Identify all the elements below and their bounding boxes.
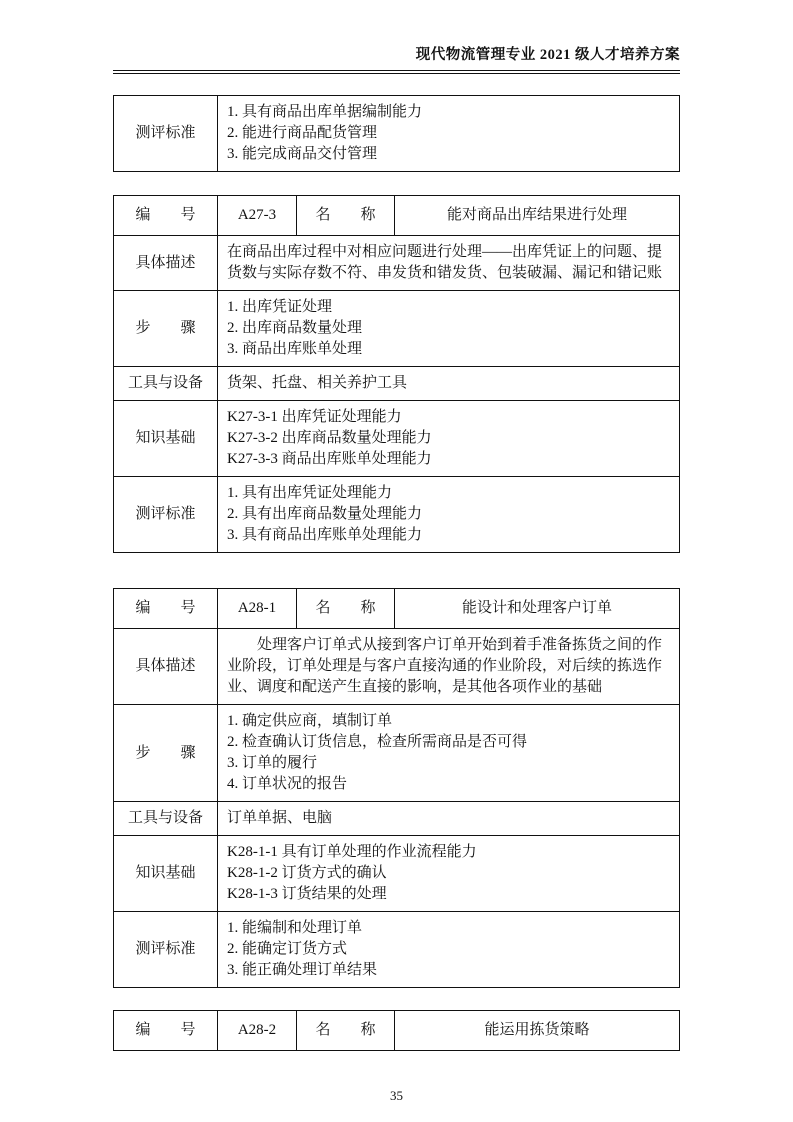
- row-content: 货架、托盘、相关养护工具: [218, 367, 680, 401]
- row-label: 测评标准: [114, 96, 218, 172]
- code-label: 编 号: [114, 1011, 218, 1051]
- unit-id-row: 编 号 A27-3 名 称 能对商品出库结果进行处理: [114, 196, 680, 236]
- table-row: 具体描述 处理客户订单式从接到客户订单开始到着手准备拣货之间的作业阶段，订单处理…: [114, 629, 680, 705]
- name-label: 名 称: [297, 196, 395, 236]
- table-unit-a28-1: 编 号 A28-1 名 称 能设计和处理客户订单 具体描述 处理客户订单式从接到…: [113, 588, 680, 988]
- table-row: 知识基础 K28-1-1 具有订单处理的作业流程能力 K28-1-2 订货方式的…: [114, 836, 680, 912]
- unit-name: 能对商品出库结果进行处理: [395, 196, 680, 236]
- code-label: 编 号: [114, 196, 218, 236]
- row-label: 测评标准: [114, 477, 218, 553]
- row-label: 具体描述: [114, 236, 218, 291]
- name-label: 名 称: [297, 589, 395, 629]
- table-row: 具体描述 在商品出库过程中对相应问题进行处理——出库凭证上的问题、提货数与实际存…: [114, 236, 680, 291]
- row-content: 订单单据、电脑: [218, 802, 680, 836]
- row-content: 处理客户订单式从接到客户订单开始到着手准备拣货之间的作业阶段，订单处理是与客户直…: [218, 629, 680, 705]
- header-title: 现代物流管理专业 2021 级人才培养方案: [113, 45, 680, 70]
- header-double-rule: [113, 70, 680, 74]
- document-page: 现代物流管理专业 2021 级人才培养方案 测评标准 1. 具有商品出库单据编制…: [0, 0, 793, 1122]
- unit-name: 能设计和处理客户订单: [395, 589, 680, 629]
- table-row: 工具与设备 货架、托盘、相关养护工具: [114, 367, 680, 401]
- table-row: 工具与设备 订单单据、电脑: [114, 802, 680, 836]
- table-row: 知识基础 K27-3-1 出库凭证处理能力 K27-3-2 出库商品数量处理能力…: [114, 401, 680, 477]
- name-label: 名 称: [297, 1011, 395, 1051]
- code-label: 编 号: [114, 589, 218, 629]
- unit-id-row: 编 号 A28-2 名 称 能运用拣货策略: [114, 1011, 680, 1051]
- page-number: 35: [113, 1087, 680, 1105]
- row-content: 1. 确定供应商，填制订单 2. 检查确认订货信息，检查所需商品是否可得 3. …: [218, 705, 680, 802]
- table-row: 测评标准 1. 具有出库凭证处理能力 2. 具有出库商品数量处理能力 3. 具有…: [114, 477, 680, 553]
- row-label: 步 骤: [114, 705, 218, 802]
- row-content: 在商品出库过程中对相应问题进行处理——出库凭证上的问题、提货数与实际存数不符、串…: [218, 236, 680, 291]
- table-row: 测评标准 1. 能编制和处理订单 2. 能确定订货方式 3. 能正确处理订单结果: [114, 912, 680, 988]
- row-label: 步 骤: [114, 291, 218, 367]
- row-content: K28-1-1 具有订单处理的作业流程能力 K28-1-2 订货方式的确认 K2…: [218, 836, 680, 912]
- row-label: 知识基础: [114, 836, 218, 912]
- row-content: 1. 具有出库凭证处理能力 2. 具有出库商品数量处理能力 3. 具有商品出库账…: [218, 477, 680, 553]
- unit-name: 能运用拣货策略: [395, 1011, 680, 1051]
- page-header: 现代物流管理专业 2021 级人才培养方案: [113, 45, 680, 74]
- table-unit-a28-2: 编 号 A28-2 名 称 能运用拣货策略: [113, 1010, 680, 1051]
- unit-id-row: 编 号 A28-1 名 称 能设计和处理客户订单: [114, 589, 680, 629]
- table-unit-a27-3: 编 号 A27-3 名 称 能对商品出库结果进行处理 具体描述 在商品出库过程中…: [113, 195, 680, 553]
- unit-code: A28-1: [218, 589, 297, 629]
- table-row: 步 骤 1. 确定供应商，填制订单 2. 检查确认订货信息，检查所需商品是否可得…: [114, 705, 680, 802]
- row-content: 1. 具有商品出库单据编制能力 2. 能进行商品配货管理 3. 能完成商品交付管…: [218, 96, 680, 172]
- row-label: 具体描述: [114, 629, 218, 705]
- table-row: 测评标准 1. 具有商品出库单据编制能力 2. 能进行商品配货管理 3. 能完成…: [114, 96, 680, 172]
- table-row: 步 骤 1. 出库凭证处理 2. 出库商品数量处理 3. 商品出库账单处理: [114, 291, 680, 367]
- row-label: 知识基础: [114, 401, 218, 477]
- unit-code: A28-2: [218, 1011, 297, 1051]
- row-label: 工具与设备: [114, 367, 218, 401]
- row-label: 工具与设备: [114, 802, 218, 836]
- row-label: 测评标准: [114, 912, 218, 988]
- unit-code: A27-3: [218, 196, 297, 236]
- row-content: 1. 能编制和处理订单 2. 能确定订货方式 3. 能正确处理订单结果: [218, 912, 680, 988]
- row-content: K27-3-1 出库凭证处理能力 K27-3-2 出库商品数量处理能力 K27-…: [218, 401, 680, 477]
- table-a27-3-continued: 测评标准 1. 具有商品出库单据编制能力 2. 能进行商品配货管理 3. 能完成…: [113, 95, 680, 172]
- row-content: 1. 出库凭证处理 2. 出库商品数量处理 3. 商品出库账单处理: [218, 291, 680, 367]
